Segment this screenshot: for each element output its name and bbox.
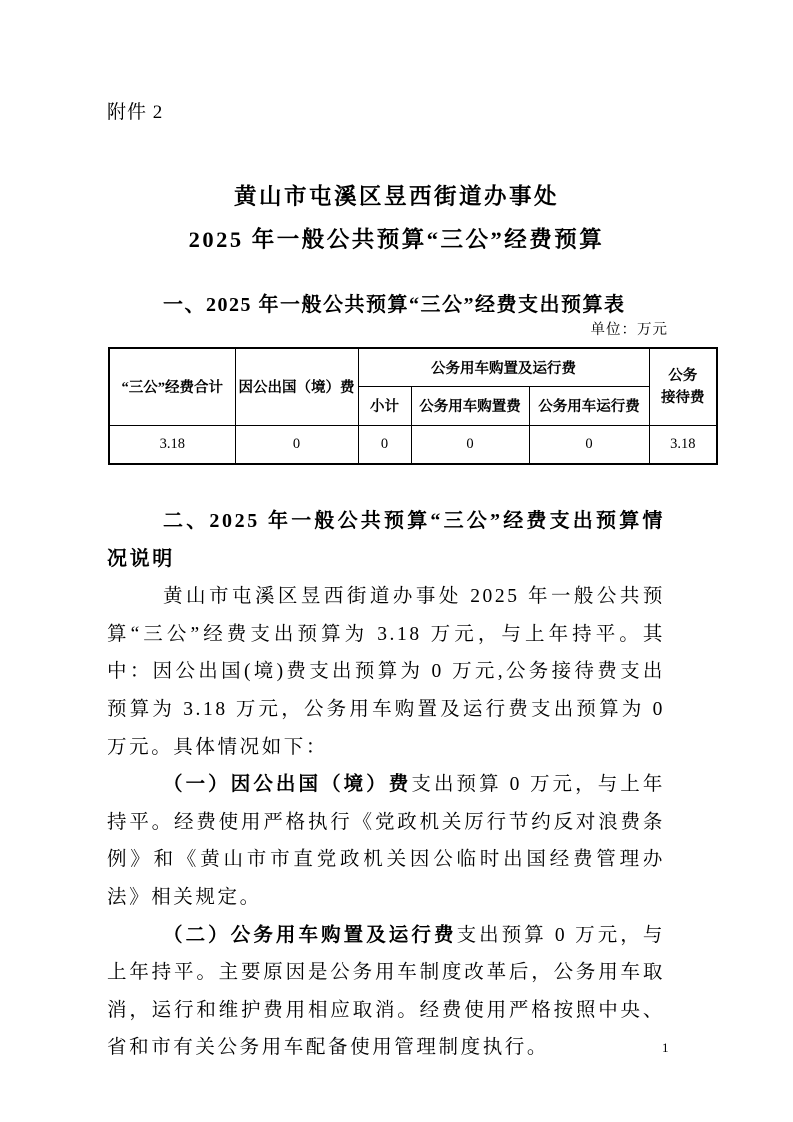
table-header-reception: 公务 接待费 <box>649 348 717 425</box>
cell-total: 3.18 <box>109 425 235 464</box>
table-header-row-1: “三公”经费合计 因公出国（境）费 公务用车购置及运行费 公务 接待费 <box>109 348 717 386</box>
table-header-vehicle-subtotal: 小计 <box>358 386 411 425</box>
cell-vehicle-subtotal: 0 <box>358 425 411 464</box>
document-title: 黄山市屯溪区昱西街道办事处 2025 年一般公共预算“三公”经费预算 <box>0 175 793 261</box>
attachment-label: 附件 2 <box>107 97 163 124</box>
table-header-abroad: 因公出国（境）费 <box>235 348 358 425</box>
cell-vehicle-operation: 0 <box>529 425 649 464</box>
budget-table: “三公”经费合计 因公出国（境）费 公务用车购置及运行费 公务 接待费 小计 公… <box>108 347 718 465</box>
page-number: 1 <box>662 1040 669 1056</box>
table-header-vehicle-operation: 公务用车运行费 <box>529 386 649 425</box>
table-header-vehicle-group: 公务用车购置及运行费 <box>358 348 649 386</box>
section2-item-1: （一）因公出国（境）费支出预算 0 万元，与上年持平。经费使用严格执行《党政机关… <box>107 766 665 916</box>
table-header-total: “三公”经费合计 <box>109 348 235 425</box>
document-page: 附件 2 黄山市屯溪区昱西街道办事处 2025 年一般公共预算“三公”经费预算 … <box>0 0 793 1122</box>
section2-item-1-label: （一）因公出国（境）费 <box>163 774 411 795</box>
cell-reception: 3.18 <box>649 425 717 464</box>
document-title-line1: 黄山市屯溪区昱西街道办事处 <box>0 175 793 218</box>
section2-item-2-label: （二）公务用车购置及运行费 <box>163 925 457 946</box>
unit-note: 单位：万元 <box>591 318 669 339</box>
table-header-vehicle-purchase: 公务用车购置费 <box>411 386 529 425</box>
section2: 二、2025 年一般公共预算“三公”经费支出预算情况说明 黄山市屯溪区昱西街道办… <box>107 503 665 1067</box>
cell-vehicle-purchase: 0 <box>411 425 529 464</box>
document-title-line2: 2025 年一般公共预算“三公”经费预算 <box>0 218 793 261</box>
section2-paragraph-1: 黄山市屯溪区昱西街道办事处 2025 年一般公共预算“三公”经费支出预算为 3.… <box>107 578 665 766</box>
section2-heading: 二、2025 年一般公共预算“三公”经费支出预算情况说明 <box>107 503 665 578</box>
section1-heading: 一、2025 年一般公共预算“三公”经费支出预算表 <box>107 288 707 317</box>
cell-abroad: 0 <box>235 425 358 464</box>
table-data-row: 3.18 0 0 0 0 3.18 <box>109 425 717 464</box>
section2-item-2: （二）公务用车购置及运行费支出预算 0 万元，与上年持平。主要原因是公务用车制度… <box>107 917 665 1067</box>
